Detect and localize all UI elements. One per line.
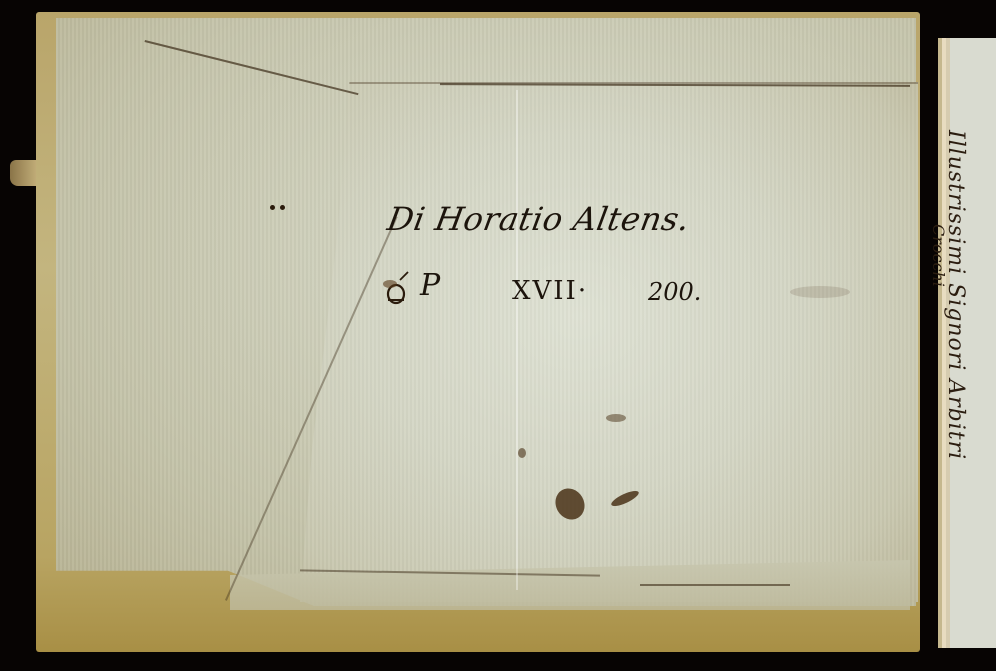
inscription-reference-prefix: P bbox=[420, 268, 440, 303]
adjacent-page-text-secondary: Crocchi bbox=[929, 224, 948, 287]
ink-speckle bbox=[606, 414, 626, 422]
adjacent-page-text: Illustrissimi Signori Arbitri bbox=[928, 130, 968, 630]
inscription-reference-volume: XVII· bbox=[512, 276, 588, 306]
ink-speckle bbox=[790, 286, 850, 298]
inscription-title: Di Horatio Altens. bbox=[385, 200, 693, 238]
ink-speckle bbox=[518, 448, 526, 458]
document-photo: Illustrissimi Signori Arbitri Crocchi Di… bbox=[0, 0, 996, 671]
paper-flap bbox=[300, 82, 918, 602]
inscription-reference-number: 200. bbox=[648, 278, 701, 306]
margin-dots bbox=[270, 195, 290, 214]
tear-line-bottom-right bbox=[640, 584, 790, 586]
vertical-fold bbox=[516, 90, 518, 590]
stamp-mark-icon bbox=[378, 270, 414, 306]
